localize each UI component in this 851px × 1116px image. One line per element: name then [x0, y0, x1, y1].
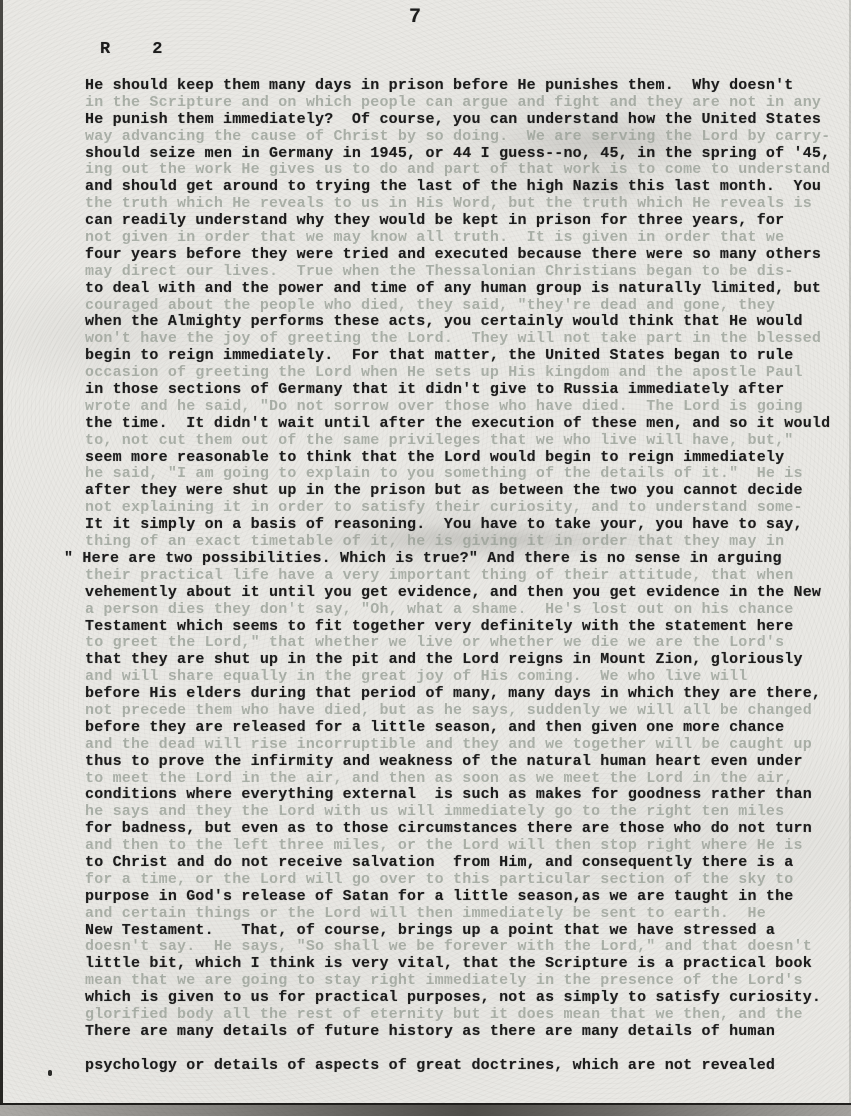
typed-line: to deal with and the power and time of a…: [85, 281, 830, 298]
typed-line: four years before they were tried and ex…: [85, 247, 830, 264]
typed-line: little bit, which I think is very vital,…: [85, 956, 830, 973]
bleedthrough-line: and then to the left three miles, or the…: [85, 838, 830, 855]
bleedthrough-line: he said, "I am going to explain to you s…: [85, 466, 830, 483]
bleedthrough-line: he says and they the Lord with us will i…: [85, 804, 830, 821]
bleedthrough-line: ing out the work He gives us to do and p…: [85, 162, 830, 179]
bleedthrough-line: the truth which He reveals to us in His …: [85, 196, 830, 213]
bleedthrough-line: thing of an exact timetable of it, he is…: [85, 534, 830, 551]
bleedthrough-line: wrote and he said, "Do not sorrow over t…: [85, 399, 830, 416]
bleedthrough-line: way advancing the cause of Christ by so …: [85, 129, 830, 146]
typed-line: begin to reign immediately. For that mat…: [85, 348, 830, 365]
bleedthrough-line: and the dead will rise incorruptible and…: [85, 737, 830, 754]
bleedthrough-line: a person dies they don't say, "Oh, what …: [85, 602, 830, 619]
bleedthrough-line: and will share equally in the great joy …: [85, 669, 830, 686]
bleedthrough-line: to greet the Lord," that whether we live…: [85, 635, 830, 652]
typed-line: that they are shut up in the pit and the…: [85, 652, 830, 669]
typed-line: " Here are two possibilities. Which is t…: [64, 551, 830, 568]
bleedthrough-line: couraged about the people who died, they…: [85, 298, 830, 315]
typed-line: to Christ and do not receive salvation f…: [85, 855, 830, 872]
typed-line: should seize men in Germany in 1945, or …: [85, 146, 830, 163]
typed-line: which is given to us for practical purpo…: [85, 990, 830, 1007]
typed-line: before His elders during that period of …: [85, 686, 830, 703]
bleedthrough-line: and certain things or the Lord will then…: [85, 906, 830, 923]
typed-line: and should get around to trying the last…: [85, 179, 830, 196]
typed-line: can readily understand why they would be…: [85, 213, 830, 230]
typed-line: thus to prove the infirmity and weakness…: [85, 754, 830, 771]
typed-line: psychology or details of aspects of grea…: [85, 1058, 830, 1075]
typed-line: Testament which seems to fit together ve…: [85, 619, 830, 636]
typed-line: vehemently about it until you get eviden…: [85, 585, 830, 602]
typed-text: He should keep them many days in prison …: [85, 78, 830, 1075]
typed-line: It it simply on a basis of reasoning. Yo…: [85, 517, 830, 534]
bleedthrough-line: [85, 1041, 830, 1058]
typed-line: He punish them immediately? Of course, y…: [85, 112, 830, 129]
page-header: R2: [100, 40, 162, 59]
scan-edge-left: [0, 0, 3, 1116]
bleedthrough-line: their practical life have a very importa…: [85, 568, 830, 585]
page-number: 7: [409, 6, 421, 29]
typed-line: after they were shut up in the prison bu…: [85, 483, 830, 500]
bleedthrough-line: not explaining it in order to satisfy th…: [85, 500, 830, 517]
typed-line: for badness, but even as to those circum…: [85, 821, 830, 838]
bleedthrough-line: occasion of greeting the Lord when He se…: [85, 365, 830, 382]
typed-line: in those sections of Germany that it did…: [85, 382, 830, 399]
typed-line: purpose in God's release of Satan for a …: [85, 889, 830, 906]
bleedthrough-line: not given in order that we may know all …: [85, 230, 830, 247]
typed-line: when the Almighty performs these acts, y…: [85, 314, 830, 331]
bleedthrough-line: for a time, or the Lord will go over to …: [85, 872, 830, 889]
typed-line: He should keep them many days in prison …: [85, 78, 830, 95]
typed-line: seem more reasonable to think that the L…: [85, 450, 830, 467]
bleedthrough-line: not precede them who have died, but as h…: [85, 703, 830, 720]
ink-speck: [48, 1070, 52, 1076]
bleedthrough-line: to, not cut them out of the same privile…: [85, 433, 830, 450]
bleedthrough-line: won't have the joy of greeting the Lord.…: [85, 331, 830, 348]
typed-line: the time. It didn't wait until after the…: [85, 416, 830, 433]
scan-edge-bottom: [0, 1105, 851, 1116]
bleedthrough-line: may direct our lives. True when the Thes…: [85, 264, 830, 281]
bleedthrough-line: glorified body all the rest of eternity …: [85, 1007, 830, 1024]
typed-line: before they are released for a little se…: [85, 720, 830, 737]
bleedthrough-line: doesn't say. He says, "So shall we be fo…: [85, 939, 830, 956]
scanned-page: 7 R2 He should keep them many days in pr…: [0, 0, 851, 1116]
typed-line: New Testament. That, of course, brings u…: [85, 923, 830, 940]
typed-line: There are many details of future history…: [85, 1024, 830, 1041]
header-reel-letter: R: [100, 40, 110, 59]
header-reel-number: 2: [152, 40, 162, 59]
typed-line: conditions where everything external is …: [85, 787, 830, 804]
bleedthrough-line: mean that we are going to stay right imm…: [85, 973, 830, 990]
bleedthrough-line: to meet the Lord in the air, and then as…: [85, 771, 830, 788]
bleedthrough-line: in the Scripture and on which people can…: [85, 95, 830, 112]
